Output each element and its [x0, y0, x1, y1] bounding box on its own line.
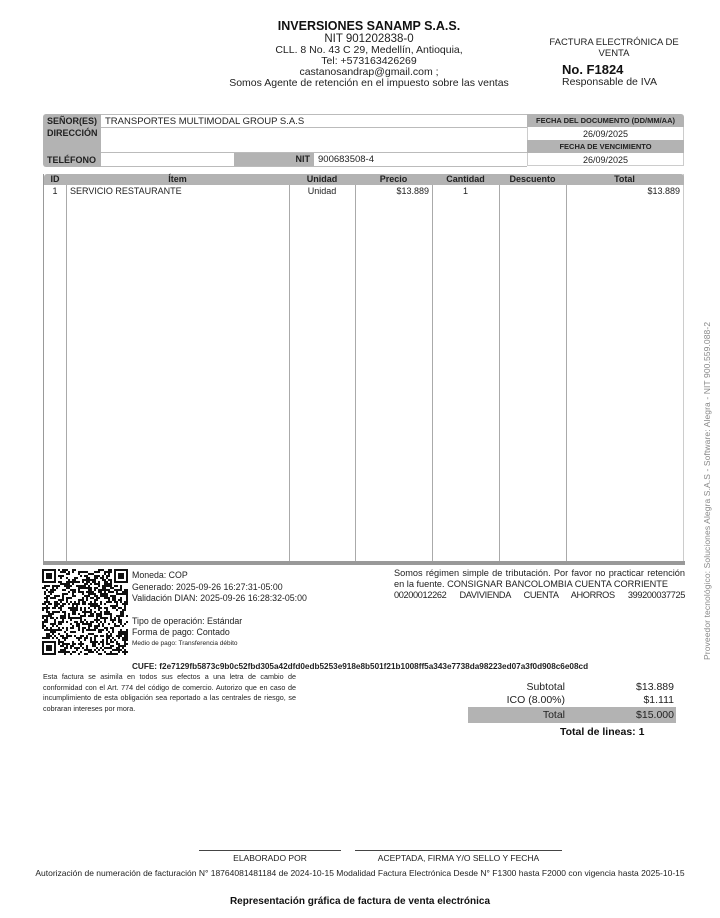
- doc-date: 26/09/2025: [527, 127, 684, 140]
- issuer-retention-note: Somos Agente de retención en el impuesto…: [200, 78, 538, 89]
- regimen-text: Somos régimen simple de tributación. Por…: [394, 568, 685, 590]
- cufe-code: CUFE: f2e7129fb5873c9b0c52fbd305a42dfd0e…: [132, 662, 588, 671]
- subtotal-value: $13.889: [636, 681, 674, 694]
- col-price: Precio: [355, 174, 432, 185]
- subtotal-row: Subtotal $13.889: [468, 681, 676, 694]
- authorization-note: Autorización de numeración de facturació…: [35, 867, 685, 879]
- issuer-block: INVERSIONES SANAMP S.A.S. NIT 901202838-…: [200, 19, 538, 89]
- col-discount: Descuento: [499, 174, 566, 185]
- column-divider: [432, 185, 433, 561]
- tax-label: ICO (8.00%): [507, 694, 565, 707]
- col-total: Total: [566, 174, 683, 185]
- label-name: SEÑOR(ES): [47, 116, 97, 126]
- document-type-line2: VENTA: [540, 48, 688, 59]
- divider: [101, 127, 527, 128]
- line-count: Total de lineas: 1: [560, 726, 644, 738]
- table-bottom-border: [43, 561, 685, 565]
- dates-block: FECHA DEL DOCUMENTO (DD/MM/AA) 26/09/202…: [527, 114, 684, 167]
- operation-type: Tipo de operación: Estándar: [132, 616, 307, 628]
- invoice-meta: Moneda: COP Generado: 2025-09-26 16:27:3…: [132, 570, 307, 649]
- accepted-label: ACEPTADA, FIRMA Y/O SELLO Y FECHA: [355, 853, 562, 863]
- column-divider: [355, 185, 356, 561]
- currency: Moneda: COP: [132, 570, 307, 582]
- bank-accounts: 00200012262 DAVIVIENDA CUENTA AHORROS 39…: [394, 590, 685, 601]
- prepared-by-label: ELABORADO POR: [199, 853, 341, 863]
- client-name: TRANSPORTES MULTIMODAL GROUP S.A.S: [105, 116, 304, 127]
- row-id: 1: [44, 186, 66, 197]
- total-value: $15.000: [636, 707, 674, 723]
- totals-block: Subtotal $13.889 ICO (8.00%) $1.111 Tota…: [468, 681, 676, 723]
- total-label: Total: [543, 707, 565, 723]
- provider-note: Proveedor tecnológico: Soluciones Alegra…: [702, 322, 712, 660]
- document-type: FACTURA ELECTRÓNICA DE VENTA: [540, 37, 688, 59]
- dian-validation: Validación DIAN: 2025-09-26 16:28:32-05:…: [132, 593, 307, 605]
- signature-line-accepted: [355, 850, 562, 851]
- col-unit: Unidad: [289, 174, 355, 185]
- column-divider: [66, 185, 67, 561]
- invoice-number: No. F1824: [562, 62, 623, 77]
- client-block: SEÑOR(ES) DIRECCIÓN TELÉFONO TRANSPORTES…: [43, 114, 684, 167]
- document-type-line1: FACTURA ELECTRÓNICA DE: [540, 37, 688, 48]
- generated-at: Generado: 2025-09-26 16:27:31-05:00: [132, 582, 307, 594]
- col-qty: Cantidad: [432, 174, 499, 185]
- subtotal-label: Subtotal: [526, 681, 565, 694]
- qr-code-icon: [42, 569, 128, 655]
- issuer-name: INVERSIONES SANAMP S.A.S.: [200, 19, 538, 33]
- row-total: $13.889: [566, 186, 680, 197]
- label-phone: TELÉFONO: [47, 155, 96, 165]
- tax-value: $1.111: [643, 694, 674, 707]
- row-qty: 1: [432, 186, 499, 197]
- label-nit: NIT: [234, 153, 314, 166]
- payment-form: Forma de pago: Contado: [132, 627, 307, 639]
- label-address: DIRECCIÓN: [47, 128, 98, 138]
- row-unit: Unidad: [289, 186, 355, 197]
- items-table-header: ID Ítem Unidad Precio Cantidad Descuento…: [44, 174, 684, 185]
- column-divider: [566, 185, 567, 561]
- legal-note: Esta factura se asimila en todos sus efe…: [43, 672, 296, 714]
- signature-line-prepared: [199, 850, 341, 851]
- column-divider: [499, 185, 500, 561]
- items-table: ID Ítem Unidad Precio Cantidad Descuento…: [43, 174, 684, 563]
- representation-title: Representación gráfica de factura de ven…: [0, 896, 720, 907]
- row-item: SERVICIO RESTAURANTE: [70, 186, 182, 197]
- tax-status: Responsable de IVA: [562, 76, 657, 88]
- due-date: 26/09/2025: [527, 153, 684, 166]
- tax-row: ICO (8.00%) $1.111: [468, 694, 676, 707]
- label-due-date: FECHA DE VENCIMIENTO: [527, 140, 684, 153]
- col-id: ID: [44, 174, 66, 185]
- regimen-note: Somos régimen simple de tributación. Por…: [394, 568, 685, 601]
- divider: [101, 152, 527, 153]
- column-divider: [289, 185, 290, 561]
- total-row: Total $15.000: [468, 707, 676, 723]
- row-price: $13.889: [355, 186, 429, 197]
- client-nit: 900683508-4: [318, 154, 374, 165]
- col-item: Ítem: [66, 174, 289, 185]
- label-doc-date: FECHA DEL DOCUMENTO (DD/MM/AA): [527, 114, 684, 127]
- payment-method: Medio de pago: Transferencia débito: [132, 639, 307, 649]
- client-labels: SEÑOR(ES) DIRECCIÓN TELÉFONO: [43, 114, 101, 167]
